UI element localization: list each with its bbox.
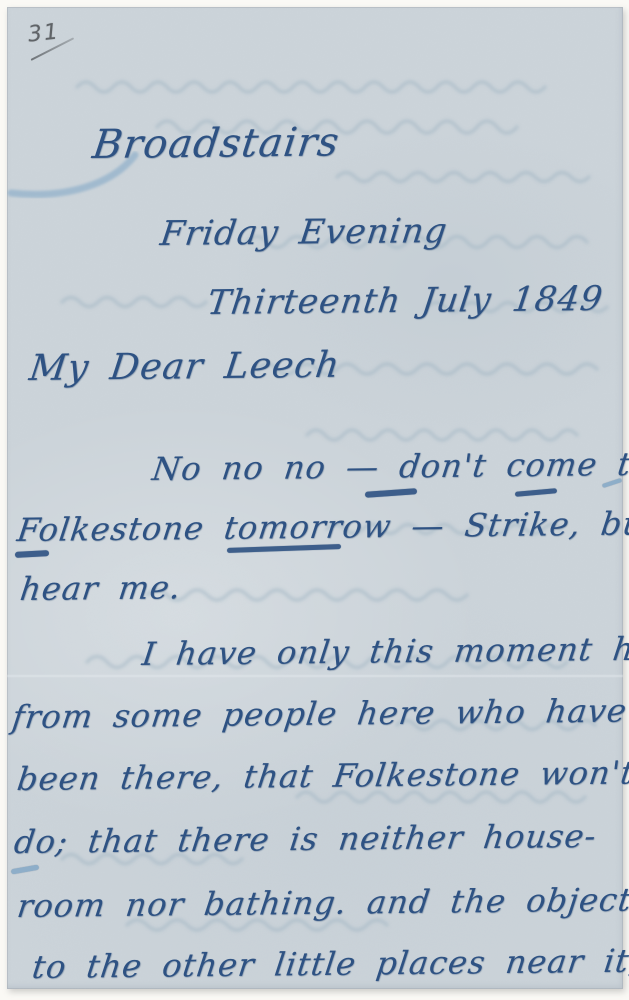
letter-body-line: No no no — don't come to — [150, 445, 629, 488]
letter-body-line: Folkestone tomorrow — Strike, but — [15, 504, 629, 549]
letter-body-line: I have only this moment heard — [140, 629, 629, 673]
ghost-writing-line — [307, 430, 577, 440]
letter-salutation: My Dear Leech — [27, 345, 343, 389]
letter-body-line: been there, that Folkestone won't — [15, 754, 629, 798]
underline-folkestone — [15, 550, 49, 558]
ghost-writing-line — [62, 298, 206, 307]
letter-body-line: to the other little places near it, — [30, 942, 629, 986]
letter-day-line: Friday Evening — [158, 211, 450, 254]
ghost-writing-line — [337, 173, 589, 182]
letter-place-line: Broadstairs — [90, 119, 342, 168]
underline-come — [365, 488, 417, 498]
letter-page: 31 Broadstairs Friday Evening Thirteenth… — [7, 7, 623, 989]
letter-body-line: from some people here who have — [10, 692, 629, 736]
letter-body-line: room nor bathing. and the objections — [15, 880, 629, 925]
underline-to — [515, 488, 557, 497]
letter-body-line: hear me. — [18, 568, 184, 608]
letter-body-line: do; that there is neither house- — [12, 817, 599, 861]
letter-date-line: Thirteenth July 1849 — [205, 279, 606, 323]
archival-number: 31 — [27, 19, 61, 47]
fold-crease — [7, 675, 623, 677]
ghost-writing-line — [77, 82, 545, 92]
margin-hyphen-stroke — [11, 865, 39, 875]
ghost-writing-line — [147, 590, 467, 600]
